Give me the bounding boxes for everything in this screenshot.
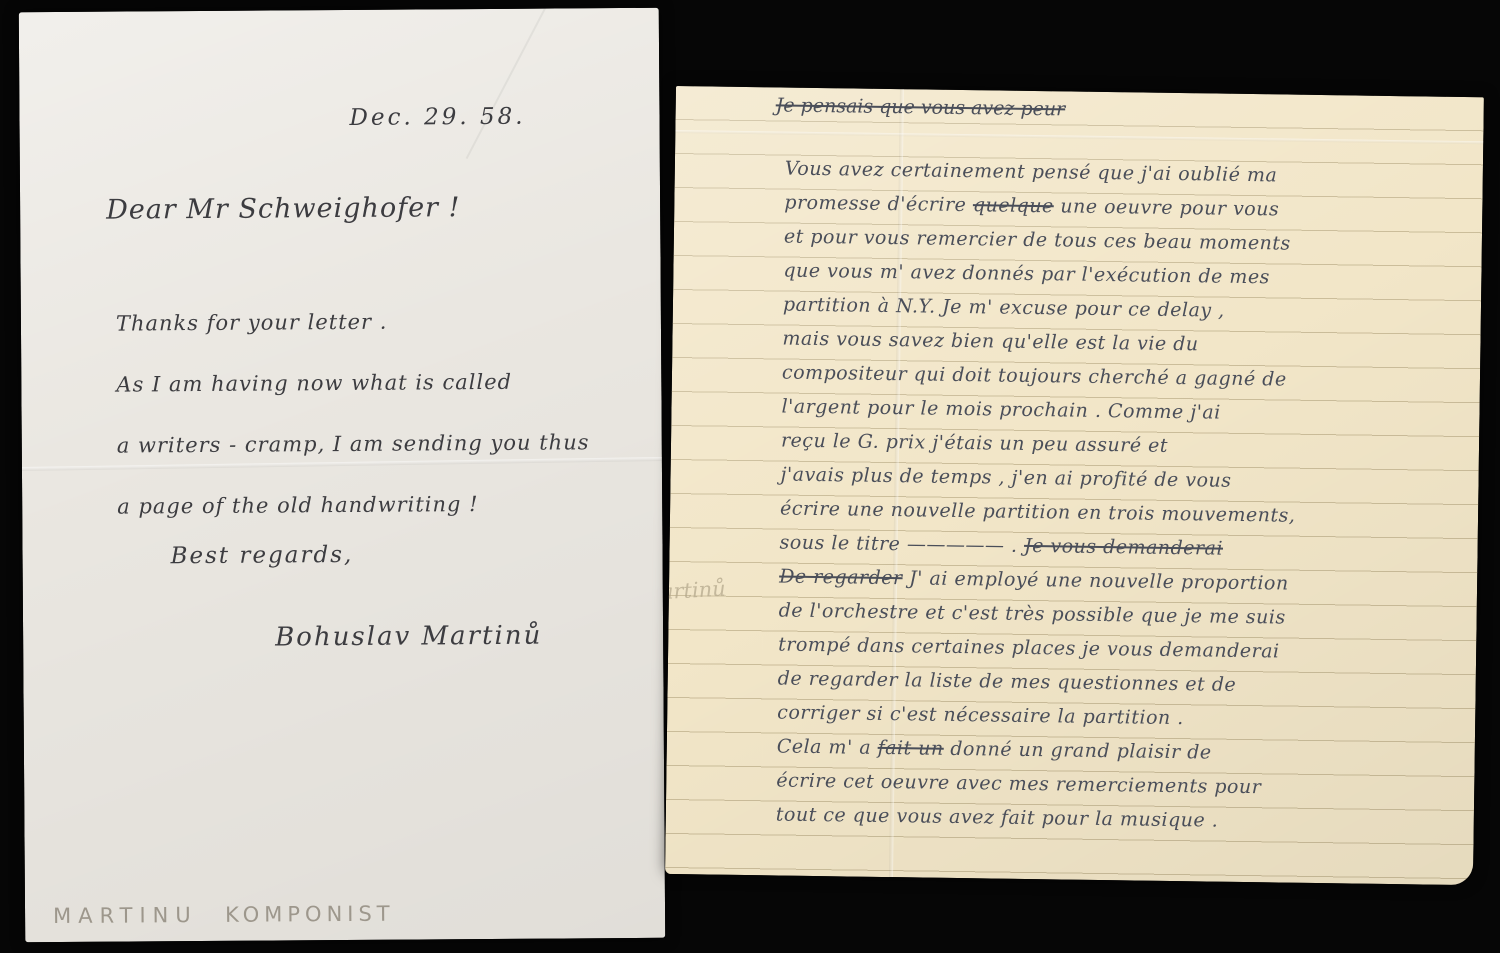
handwritten-line: As I am having now what is called <box>116 351 589 415</box>
fold-crease-top <box>675 130 1483 144</box>
letter-body: Thanks for your letter .As I am having n… <box>116 290 590 537</box>
letter-closing: Best regards, <box>170 542 353 569</box>
pencil-annotation-martinu: MARTINU <box>53 903 198 928</box>
right-letter-page: Je pensais que vous avez peur Vous avez … <box>665 86 1484 885</box>
faint-pencil-margin-annotation: artinů <box>665 577 726 605</box>
left-letter-page: Dec. 29. 58. Dear Mr Schweighofer ! Than… <box>19 8 665 942</box>
letter-date: Dec. 29. 58. <box>349 104 525 131</box>
handwritten-line: Thanks for your letter . <box>116 290 589 354</box>
photograph-of-letters: Dec. 29. 58. Dear Mr Schweighofer ! Than… <box>0 0 1500 953</box>
handwritten-line: a page of the old handwriting ! <box>117 473 590 537</box>
letter-signature: Bohuslav Martinů <box>275 621 542 653</box>
letter-body-french: Vous avez certainement pensé que j'ai ou… <box>776 152 1459 841</box>
fold-crease-diagonal <box>466 8 551 159</box>
crossed-out-heading: Je pensais que vous avez peur <box>776 89 1066 125</box>
pencil-annotation-komponist: KOMPONIST <box>225 902 395 927</box>
handwritten-line: a writers - cramp, I am sending you thus <box>117 412 590 476</box>
letter-salutation: Dear Mr Schweighofer ! <box>106 192 461 225</box>
handwritten-line: Je pensais que vous avez peur <box>776 89 1066 125</box>
